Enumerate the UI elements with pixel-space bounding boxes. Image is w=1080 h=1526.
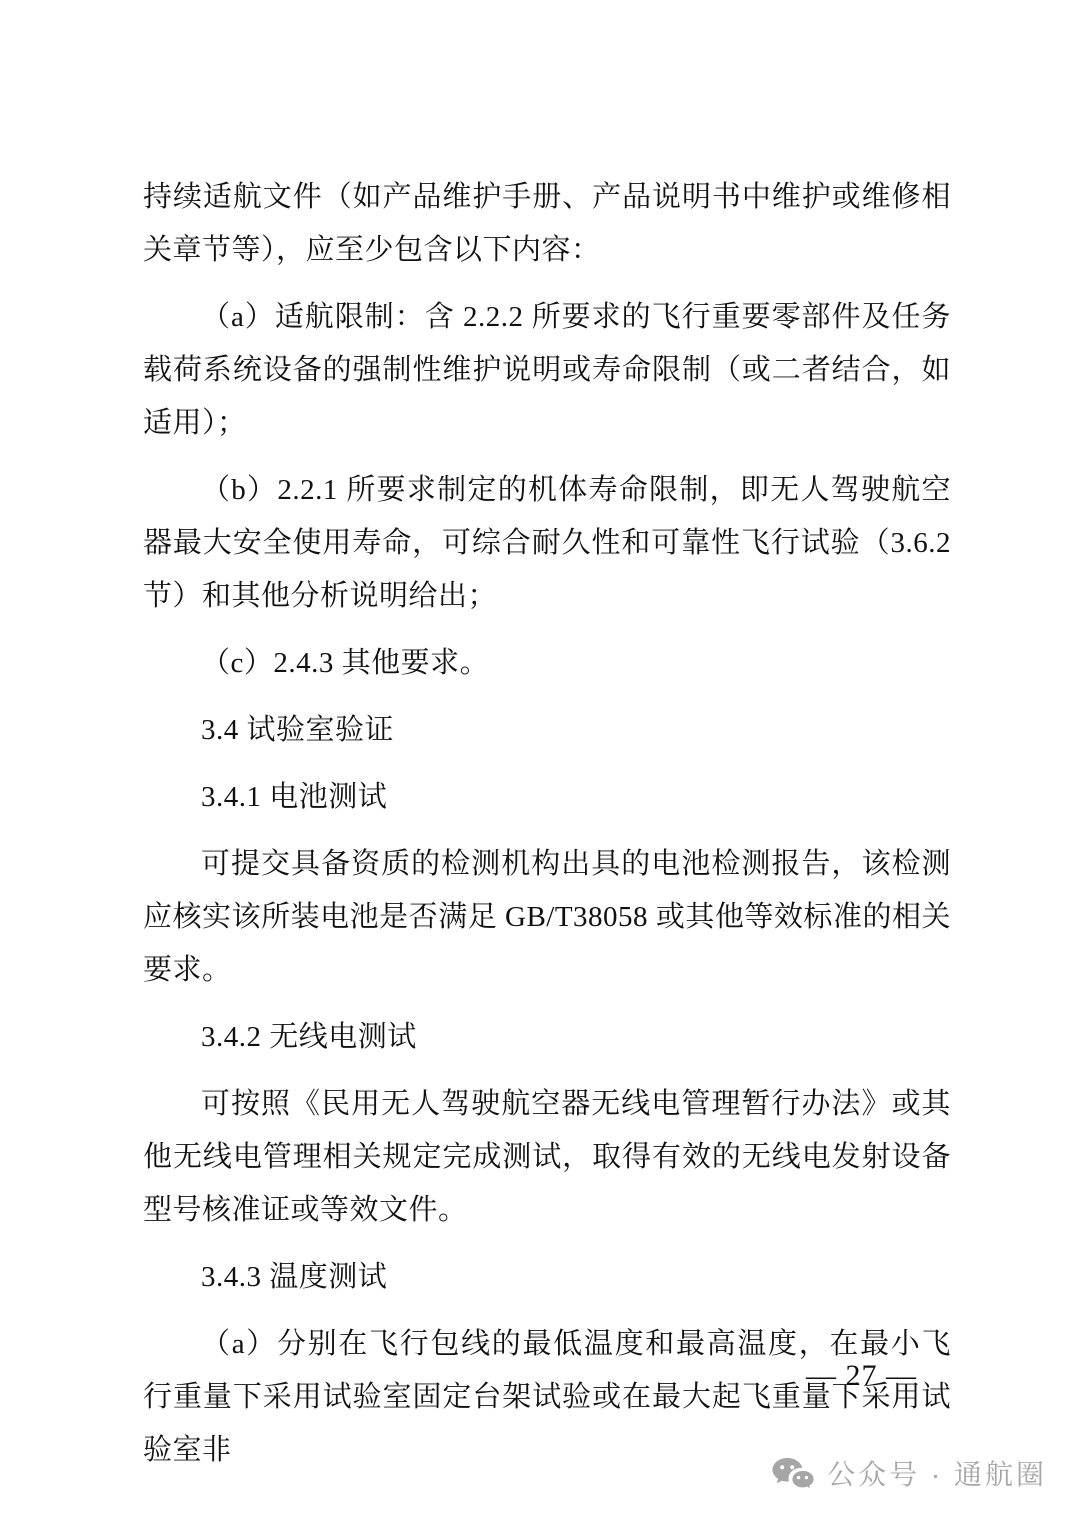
- section-heading: 3.4.3 温度测试: [143, 1251, 951, 1304]
- paragraph: 可按照《民用无人驾驶航空器无线电管理暂行办法》或其他无线电管理相关规定完成测试，…: [143, 1078, 951, 1237]
- watermark-text: 公众号 · 通航圈: [827, 1456, 1047, 1494]
- paragraph: （b）2.2.1 所要求制定的机体寿命限制，即无人驾驶航空器最大安全使用寿命，可…: [143, 464, 951, 623]
- paragraph: （a）适航限制：含 2.2.2 所要求的飞行重要零部件及任务载荷系统设备的强制性…: [143, 291, 951, 450]
- section-heading: 3.4.2 无线电测试: [143, 1011, 951, 1064]
- section-heading: 3.4.1 电池测试: [143, 771, 951, 824]
- document-page: 持续适航文件（如产品维护手册、产品说明书中维护或维修相关章节等），应至少包含以下…: [0, 0, 1080, 1526]
- section-heading: 3.4 试验室验证: [143, 704, 951, 757]
- document-body: 持续适航文件（如产品维护手册、产品说明书中维护或维修相关章节等），应至少包含以下…: [143, 171, 951, 1491]
- watermark: 公众号 · 通航圈: [771, 1456, 1047, 1494]
- wechat-icon: [771, 1456, 815, 1494]
- paragraph: 可提交具备资质的检测机构出具的电池检测报告，该检测应核实该所装电池是否满足 GB…: [143, 838, 951, 997]
- page-number: — 27 —: [806, 1349, 917, 1402]
- paragraph: 持续适航文件（如产品维护手册、产品说明书中维护或维修相关章节等），应至少包含以下…: [143, 171, 951, 277]
- paragraph: （c）2.4.3 其他要求。: [143, 637, 951, 690]
